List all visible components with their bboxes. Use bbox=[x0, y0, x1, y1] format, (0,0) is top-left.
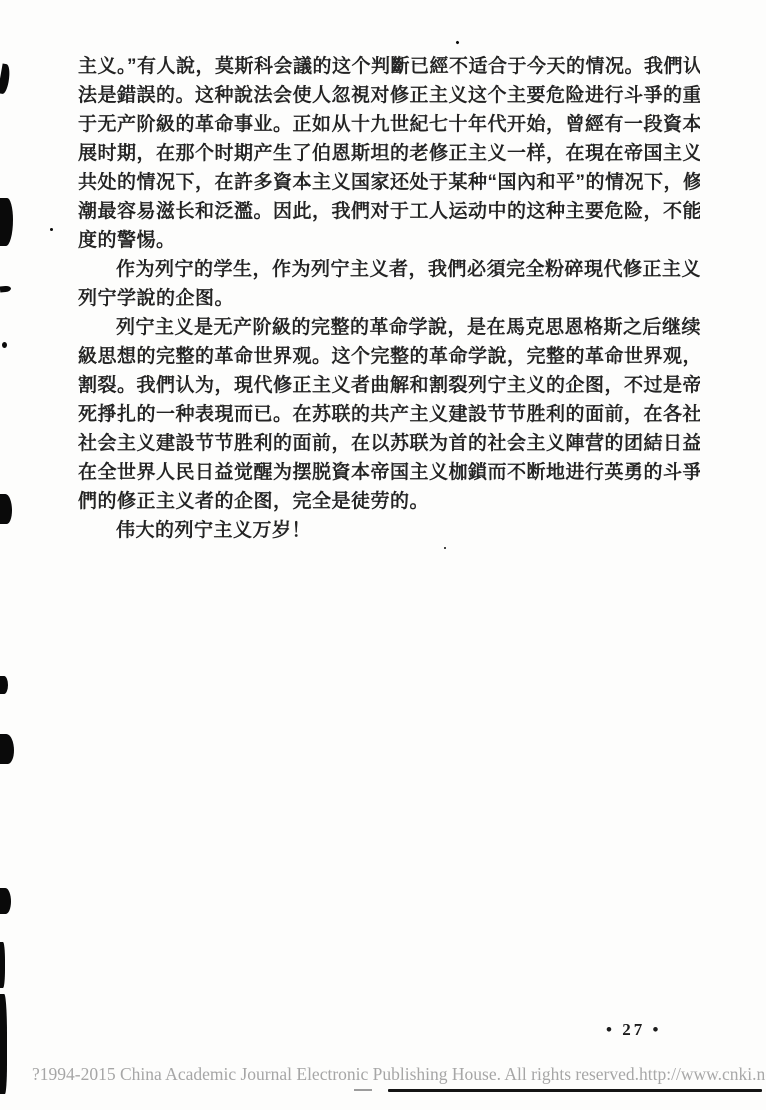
ink-speck bbox=[444, 547, 446, 549]
text-line: 級思想的完整的革命世界观。这个完整的革命学說，完整的革命世界观，不能加以曲解和 bbox=[78, 342, 700, 371]
text-line: 主义。”有人說，莫斯科会議的这个判斷已經不适合于今天的情况。我們认为，这种說 bbox=[78, 52, 700, 81]
ink-smudge bbox=[0, 734, 14, 764]
page-text: 主义。”有人說，莫斯科会議的这个判斷已經不适合于今天的情况。我們认为，这种說法是… bbox=[78, 52, 700, 545]
ink-smudge bbox=[0, 676, 8, 694]
text-line: 們的修正主义者的企图，完全是徒劳的。 bbox=[78, 487, 700, 516]
scanned-document-page: 主义。”有人說，莫斯科会議的这个判斷已經不适合于今天的情况。我們认为，这种說法是… bbox=[0, 0, 766, 1110]
footer-copyright: ?1994-2015 China Academic Journal Electr… bbox=[32, 1064, 639, 1085]
text-line: 列宁学說的企图。 bbox=[78, 284, 700, 313]
footer: ?1994-2015 China Academic Journal Electr… bbox=[0, 1064, 766, 1090]
ink-smudge bbox=[2, 342, 7, 348]
ink-speck bbox=[455, 40, 459, 44]
text-line: 社会主义建設节节胜利的面前，在以苏联为首的社会主义陣营的团結日益巩固的面前， bbox=[78, 429, 700, 458]
ink-speck bbox=[50, 228, 53, 231]
page-number: • 27 • bbox=[606, 1020, 661, 1040]
ink-smudge bbox=[0, 494, 12, 524]
footer-rule bbox=[388, 1089, 762, 1092]
text-line: 度的警惕。 bbox=[78, 226, 700, 255]
text-line: 列宁主义是无产阶級的完整的革命学說，是在馬克思恩格斯之后继续表达了无产阶 bbox=[78, 313, 700, 342]
ink-smudge bbox=[0, 994, 7, 1094]
footer-url-link[interactable]: http://www.cnki.net bbox=[639, 1064, 766, 1085]
text-line: 法是錯誤的。这种說法会使人忽視对修正主义这个主要危险进行斗爭的重要性，很有害 bbox=[78, 81, 700, 110]
text-line: 死掙扎的一种表現而已。在苏联的共产主义建設节节胜利的面前，在各社会主义国家的 bbox=[78, 400, 700, 429]
text-line: 在全世界人民日益觉醒为摆脱資本帝国主义枷鎖而不断地进行英勇的斗爭的面前，鉄托 bbox=[78, 458, 700, 487]
ink-smudge bbox=[0, 942, 5, 988]
text-line: 展时期，在那个时期产生了伯恩斯坦的老修正主义一样，在現在帝国主义被迫接受和平 bbox=[78, 139, 700, 168]
ink-smudge bbox=[0, 198, 13, 246]
text-line: 潮最容易滋长和泛濫。因此，我們对于工人运动中的这种主要危险，不能不經常保持高 bbox=[78, 197, 700, 226]
ink-smudge bbox=[0, 888, 11, 914]
ink-smudge bbox=[0, 285, 11, 292]
text-line: 于无产阶級的革命事业。正如从十九世紀七十年代开始，曾經有一段資本主义“和平”发 bbox=[78, 110, 700, 139]
text-line: 伟大的列宁主义万岁！ bbox=[78, 516, 700, 545]
ink-smudge bbox=[0, 63, 12, 94]
text-line: 割裂。我們认为，現代修正主义者曲解和割裂列宁主义的企图，不过是帝国主义末日垂 bbox=[78, 371, 700, 400]
text-line: 作为列宁的学生，作为列宁主义者，我們必須完全粉碎現代修正主义者曲解和割裂 bbox=[78, 255, 700, 284]
text-line: 共处的情况下，在許多資本主义国家还处于某种“国內和平”的情况下，修正主义的思 bbox=[78, 168, 700, 197]
